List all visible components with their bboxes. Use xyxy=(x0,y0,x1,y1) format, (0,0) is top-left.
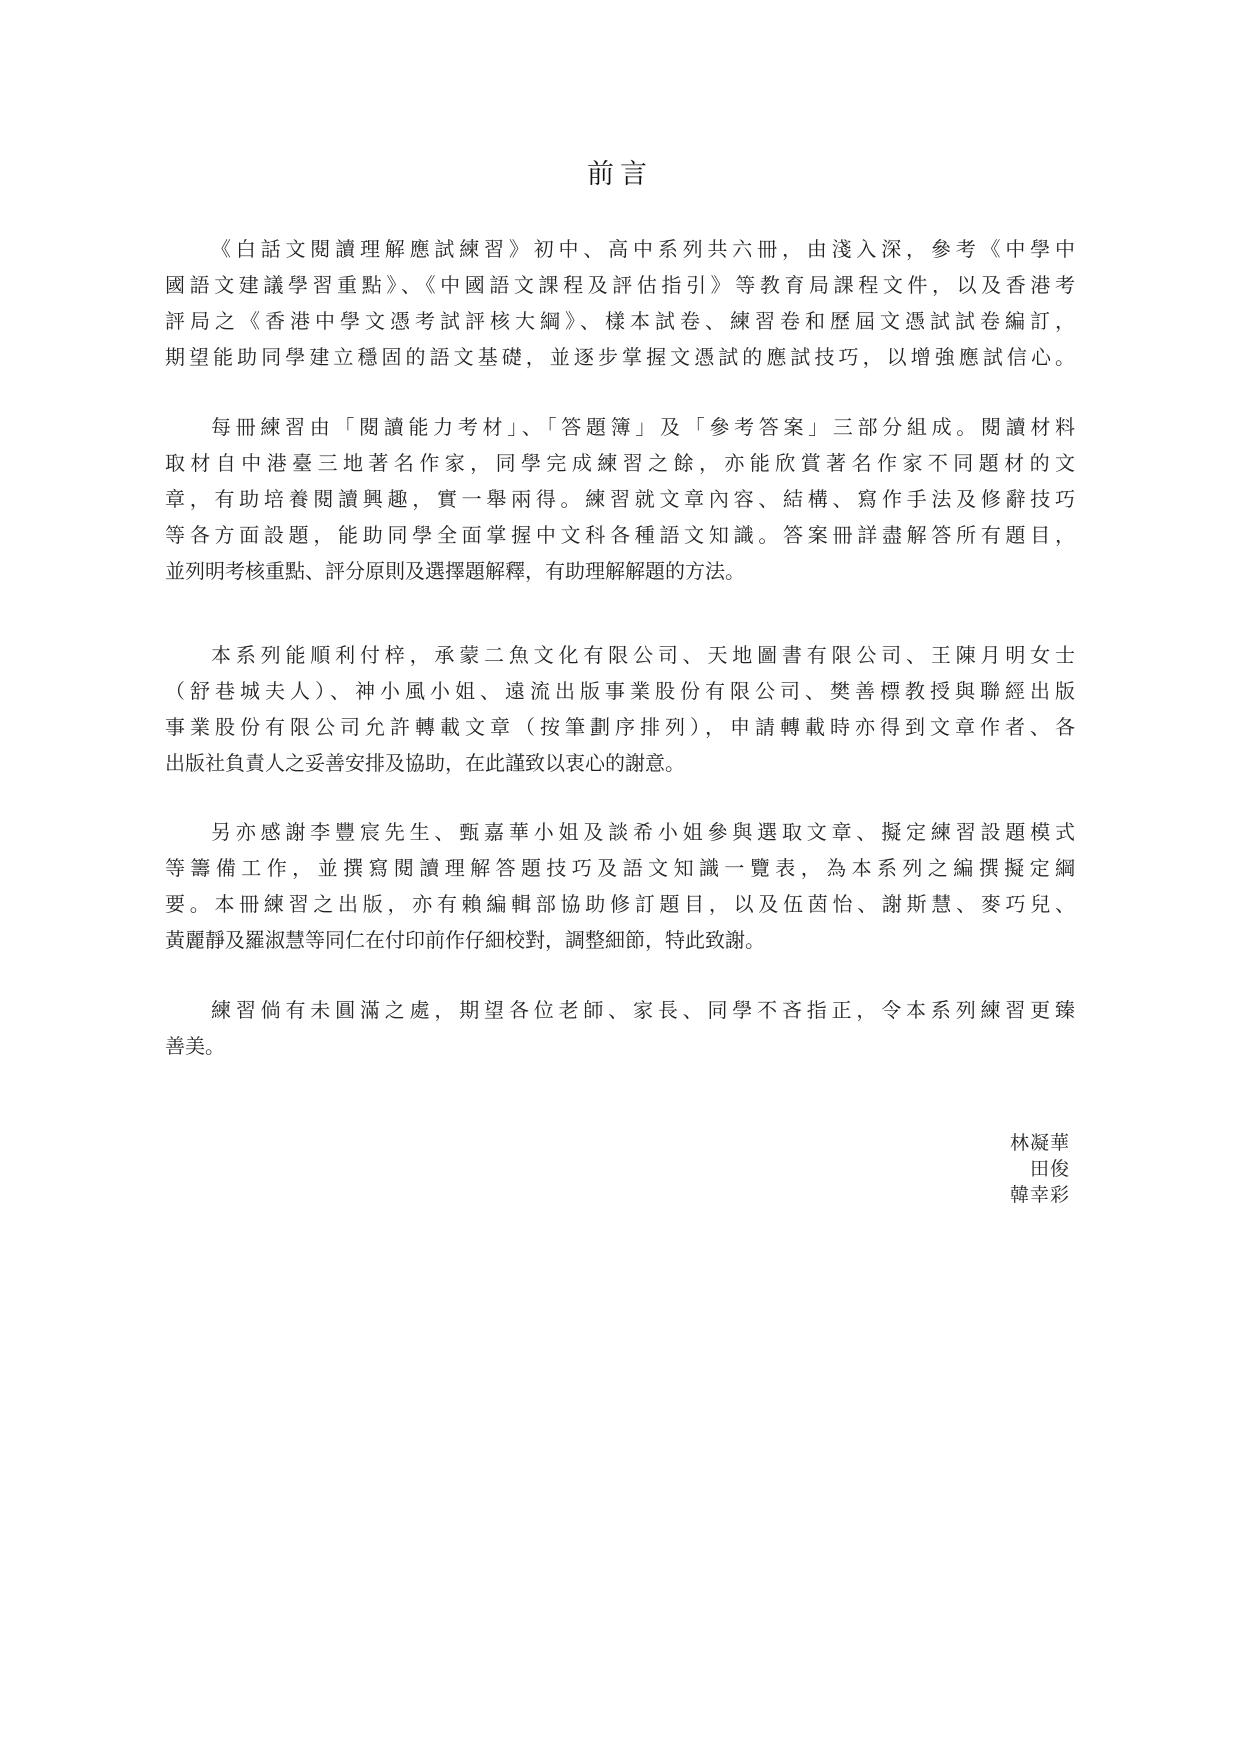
text-line: 事業股份有限公司允許轉載文章（按筆劃序排列），申請轉載時亦得到文章作者、各 xyxy=(165,709,1075,745)
signature-name: 田俊 xyxy=(1010,1156,1070,1182)
text-line: 每冊練習由「閱讀能力考材」、「答題簿」及「參考答案」三部分組成。閱讀材料 xyxy=(165,409,1075,445)
text-line: 另亦感謝李豐宸先生、甄嘉華小姐及談希小姐參與選取文章、擬定練習設題模式 xyxy=(165,814,1075,850)
text-line: 本系列能順利付梓，承蒙二魚文化有限公司、天地圖書有限公司、王陳月明女士 xyxy=(165,637,1075,673)
text-line: 要。本冊練習之出版，亦有賴編輯部協助修訂題目，以及伍茵怡、謝斯慧、麥巧兒、 xyxy=(165,886,1075,922)
text-line: 國語文建議學習重點》、《中國語文課程及評估指引》等教育局課程文件，以及香港考 xyxy=(165,267,1075,303)
text-line: 黃麗靜及羅淑慧等同仁在付印前作仔細校對，調整細節，特此致謝。 xyxy=(165,922,1075,958)
signature-name: 韓幸彩 xyxy=(1010,1182,1070,1208)
paragraph-1: 《白話文閱讀理解應試練習》初中、高中系列共六冊，由淺入深，參考《中學中 國語文建… xyxy=(165,231,1075,375)
paragraph-2: 每冊練習由「閱讀能力考材」、「答題簿」及「參考答案」三部分組成。閱讀材料 取材自… xyxy=(165,409,1075,589)
signature-block: 林凝華 田俊 韓幸彩 xyxy=(1010,1130,1070,1208)
text-line: 等各方面設題，能助同學全面掌握中文科各種語文知識。答案冊詳盡解答所有題目， xyxy=(165,517,1075,553)
page-title: 前言 xyxy=(0,152,1240,191)
text-line: （舒巷城夫人）、神小風小姐、遠流出版事業股份有限公司、樊善標教授與聯經出版 xyxy=(165,673,1075,709)
text-line: 《白話文閱讀理解應試練習》初中、高中系列共六冊，由淺入深，參考《中學中 xyxy=(165,231,1075,267)
text-line: 出版社負責人之妥善安排及協助，在此謹致以衷心的謝意。 xyxy=(165,745,1075,781)
paragraph-4: 另亦感謝李豐宸先生、甄嘉華小姐及談希小姐參與選取文章、擬定練習設題模式 等籌備工… xyxy=(165,814,1075,958)
paragraph-5: 練習倘有未圓滿之處，期望各位老師、家長、同學不吝指正，令本系列練習更臻 善美。 xyxy=(165,992,1075,1064)
text-line: 期望能助同學建立穩固的語文基礎，並逐步掌握文憑試的應試技巧，以增強應試信心。 xyxy=(165,339,1075,375)
paragraph-3: 本系列能順利付梓，承蒙二魚文化有限公司、天地圖書有限公司、王陳月明女士 （舒巷城… xyxy=(165,637,1075,781)
signature-name: 林凝華 xyxy=(1010,1130,1070,1156)
text-line: 等籌備工作，並撰寫閱讀理解答題技巧及語文知識一覽表，為本系列之編撰擬定綱 xyxy=(165,850,1075,886)
text-line: 練習倘有未圓滿之處，期望各位老師、家長、同學不吝指正，令本系列練習更臻 xyxy=(165,992,1075,1028)
text-line: 評局之《香港中學文憑考試評核大綱》、樣本試卷、練習卷和歷屆文憑試試卷編訂， xyxy=(165,303,1075,339)
text-line: 取材自中港臺三地著名作家，同學完成練習之餘，亦能欣賞著名作家不同題材的文 xyxy=(165,445,1075,481)
text-line: 章，有助培養閱讀興趣，實一舉兩得。練習就文章內容、結構、寫作手法及修辭技巧 xyxy=(165,481,1075,517)
text-line: 善美。 xyxy=(165,1028,1075,1064)
text-line: 並列明考核重點、評分原則及選擇題解釋，有助理解解題的方法。 xyxy=(165,553,1075,589)
